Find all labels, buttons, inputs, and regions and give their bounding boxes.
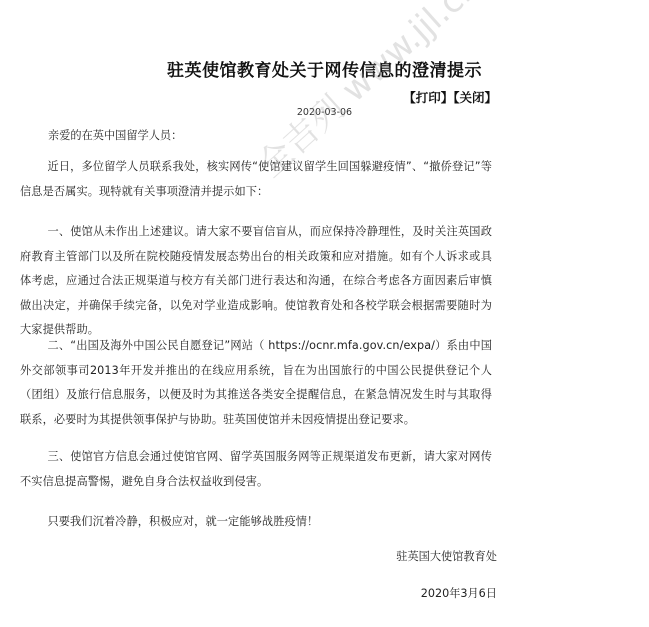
paragraph-closing: 只要我们沉着冷静，积极应对，就一定能够战胜疫情！	[20, 510, 492, 535]
signature-date: 2020年3月6日	[421, 585, 497, 601]
page-title: 驻英使馆教育处关于网传信息的澄清提示	[0, 56, 649, 81]
greeting: 亲爱的在英中国留学人员：	[48, 127, 182, 143]
signature-organization: 驻英国大使馆教育处	[396, 548, 497, 564]
paragraph-point-3: 三、使馆官方信息会通过使馆官网、留学英国服务网等正规渠道发布更新，请大家对网传不…	[20, 445, 492, 494]
paragraph-point-2: 二、“出国及海外中国公民自愿登记”网站（ https://ocnr.mfa.go…	[20, 334, 492, 432]
action-links: 【打印】【关闭】	[403, 88, 497, 106]
print-link[interactable]: 【打印】	[403, 90, 453, 105]
publish-date: 2020-03-06	[0, 107, 649, 118]
paragraph-intro: 近日，多位留学人员联系我处，核实网传“使馆建议留学生回国躲避疫情”、“撤侨登记”…	[20, 155, 492, 204]
paragraph-point-1: 一、使馆从未作出上述建议。请大家不要盲信盲从，而应保持冷静理性，及时关注英国政府…	[20, 220, 492, 343]
close-link[interactable]: 【关闭】	[453, 90, 497, 105]
